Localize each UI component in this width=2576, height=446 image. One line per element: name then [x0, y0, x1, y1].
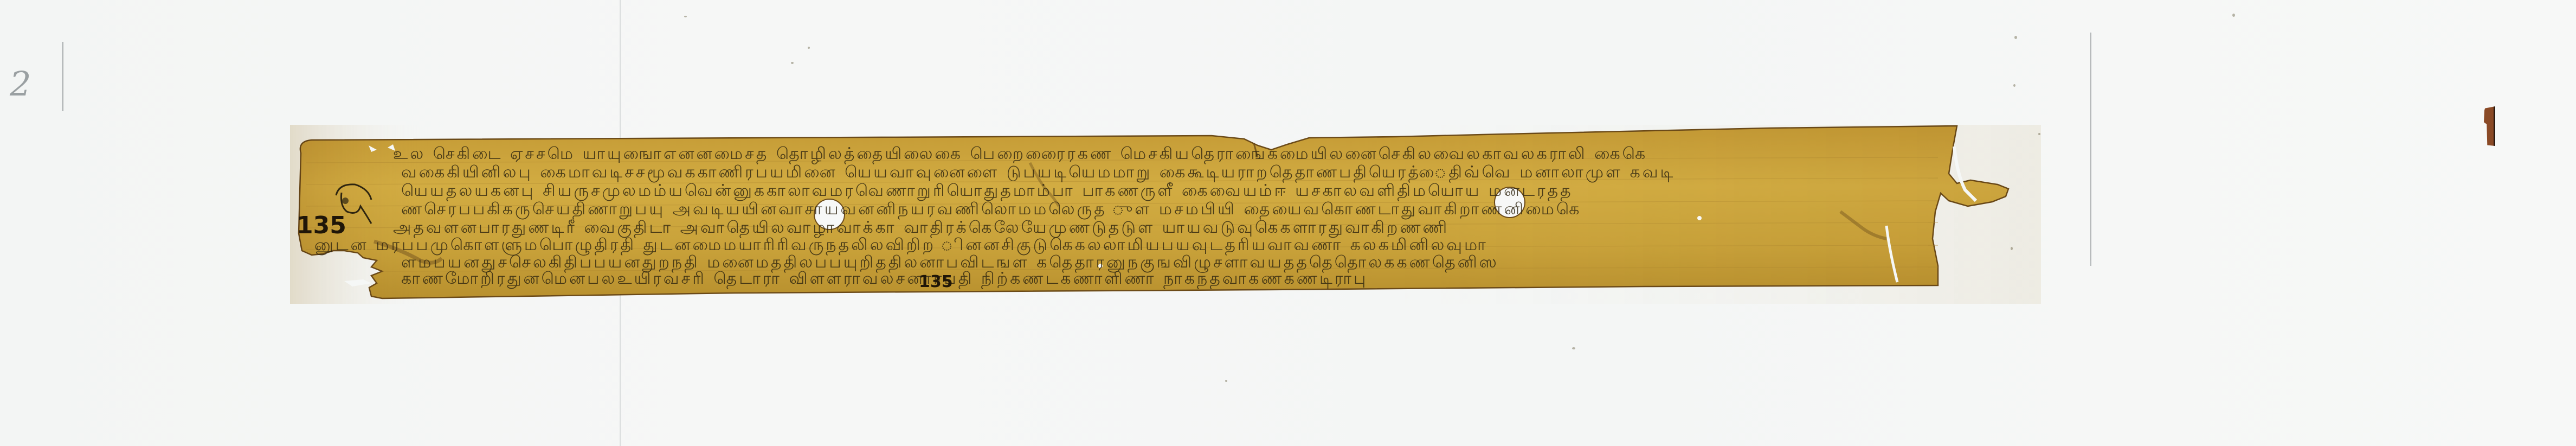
manuscript-scan-page: 2 1 [0, 0, 2576, 446]
dust-speck [2014, 36, 2017, 39]
dust-speck [2013, 84, 2015, 87]
dust-speck [808, 47, 810, 49]
leaf-fragment-marker [2484, 106, 2495, 146]
dust-speck [791, 62, 794, 64]
dust-speck [2232, 14, 2235, 17]
folio-number-bottom: 135 [919, 272, 953, 291]
pencil-rule-left [62, 42, 63, 111]
pencil-page-number: 2 [10, 64, 31, 104]
dust-speck [684, 16, 687, 17]
pencil-rule-right [2090, 33, 2091, 260]
folio-number-left: 135 [297, 212, 346, 239]
dust-speck [1572, 347, 1575, 349]
palm-leaf: உல செகிடை ஏசசமெ யாயுஙைாஎனனமைசத தொழிலத்தை… [290, 125, 1954, 298]
manuscript-text-line-8: காணமோறிரதுனமெனபலஉயிரவசரி தெடாரா விளளராவல… [401, 269, 1368, 290]
dust-speck [1225, 380, 1227, 382]
